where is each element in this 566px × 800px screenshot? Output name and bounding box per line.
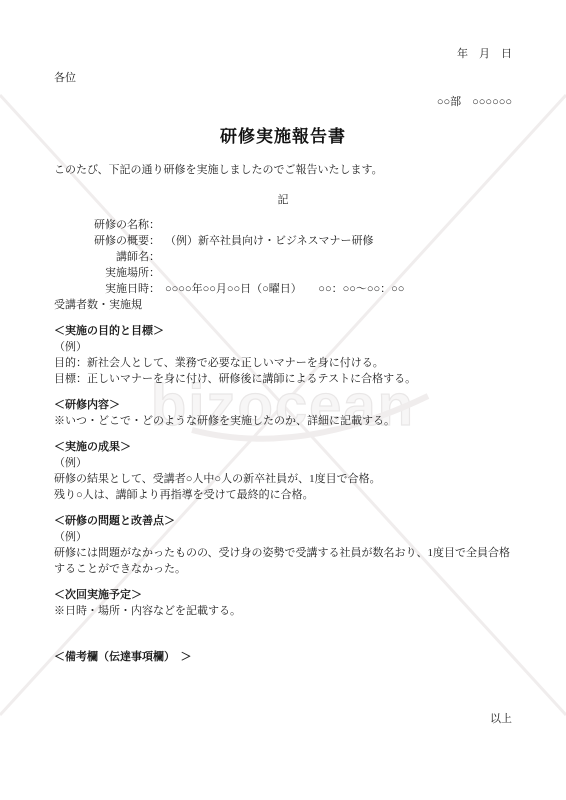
record-mark: 記: [54, 192, 512, 208]
section-heading: ＜実施の成果＞: [54, 439, 512, 455]
detail-label: 研修の名称：: [54, 217, 160, 233]
recipient-line: 各位: [54, 70, 512, 86]
section-line: ※いつ・どこで・どのような研修を実施したのか、詳細に記載する。: [54, 413, 512, 429]
sender-line: ○○部 ○○○○○○: [54, 94, 512, 110]
section-purpose-goal: ＜実施の目的と目標＞ （例） 目的：新社会人として、業務で必要な正しいマナーを身…: [54, 323, 512, 387]
detail-label: 実施日時：: [54, 281, 160, 297]
date-line: 年 月 日: [54, 46, 512, 62]
section-line: 研修の結果として、受講者○人中○人の新卒社員が、1度目で合格。: [54, 471, 512, 487]
section-heading: ＜実施の目的と目標＞: [54, 323, 512, 339]
section-results: ＜実施の成果＞ （例） 研修の結果として、受講者○人中○人の新卒社員が、1度目で…: [54, 439, 512, 503]
detail-label: 研修の概要：: [54, 233, 160, 249]
detail-label: 受講者数・実施規: [54, 297, 142, 313]
detail-value: （例）新卒社員向け・ビジネスマナー研修: [160, 233, 373, 249]
section-line: ※日時・場所・内容などを記載する。: [54, 603, 512, 619]
section-line: 研修には問題がなかったものの、受け身の姿勢で受講する社員が数名おり、1度目で全員…: [54, 545, 512, 577]
detail-label: 講師名：: [54, 249, 160, 265]
section-line: 目標：正しいマナーを身に付け、研修後に講師によるテストに合格する。: [54, 371, 512, 387]
document-content: 年 月 日 各位 ○○部 ○○○○○○ 研修実施報告書 このたび、下記の通り研修…: [0, 0, 566, 800]
detail-row-attendees: 受講者数・実施規: [54, 297, 512, 313]
detail-row-training-outline: 研修の概要： （例）新卒社員向け・ビジネスマナー研修: [54, 233, 512, 249]
detail-value: [160, 249, 165, 265]
detail-value: [160, 217, 165, 233]
closing-mark: 以上: [54, 711, 512, 727]
document-page: bizocean 年 月 日 各位 ○○部 ○○○○○○ 研修実施報告書 このた…: [0, 0, 566, 800]
section-training-content: ＜研修内容＞ ※いつ・どこで・どのような研修を実施したのか、詳細に記載する。: [54, 397, 512, 429]
details-block: 研修の名称： 研修の概要： （例）新卒社員向け・ビジネスマナー研修 講師名： 実…: [54, 217, 512, 313]
intro-paragraph: このたび、下記の通り研修を実施しましたのでご報告いたします。: [54, 162, 512, 178]
section-heading: ＜研修内容＞: [54, 397, 512, 413]
detail-row-location: 実施場所：: [54, 265, 512, 281]
section-remarks: ＜備考欄（伝達事項欄） ＞: [54, 649, 512, 665]
section-line: （例）: [54, 339, 512, 355]
detail-value: ○○○○年○○月○○日（○曜日） ○○：○○～○○：○○: [160, 281, 404, 297]
detail-row-datetime: 実施日時： ○○○○年○○月○○日（○曜日） ○○：○○～○○：○○: [54, 281, 512, 297]
detail-value: [142, 297, 147, 313]
detail-row-instructor: 講師名：: [54, 249, 512, 265]
section-heading: ＜備考欄（伝達事項欄） ＞: [54, 649, 512, 665]
section-line: 残り○人は、講師より再指導を受けて最終的に合格。: [54, 487, 512, 503]
detail-label: 実施場所：: [54, 265, 160, 281]
section-line: 目的：新社会人として、業務で必要な正しいマナーを身に付ける。: [54, 355, 512, 371]
section-problems-improvements: ＜研修の問題と改善点＞ （例） 研修には問題がなかったものの、受け身の姿勢で受講…: [54, 513, 512, 577]
section-heading: ＜研修の問題と改善点＞: [54, 513, 512, 529]
document-title: 研修実施報告書: [54, 126, 512, 148]
detail-row-training-name: 研修の名称：: [54, 217, 512, 233]
detail-value: [160, 265, 165, 281]
section-heading: ＜次回実施予定＞: [54, 587, 512, 603]
section-line: （例）: [54, 455, 512, 471]
section-next-schedule: ＜次回実施予定＞ ※日時・場所・内容などを記載する。: [54, 587, 512, 619]
section-line: （例）: [54, 529, 512, 545]
